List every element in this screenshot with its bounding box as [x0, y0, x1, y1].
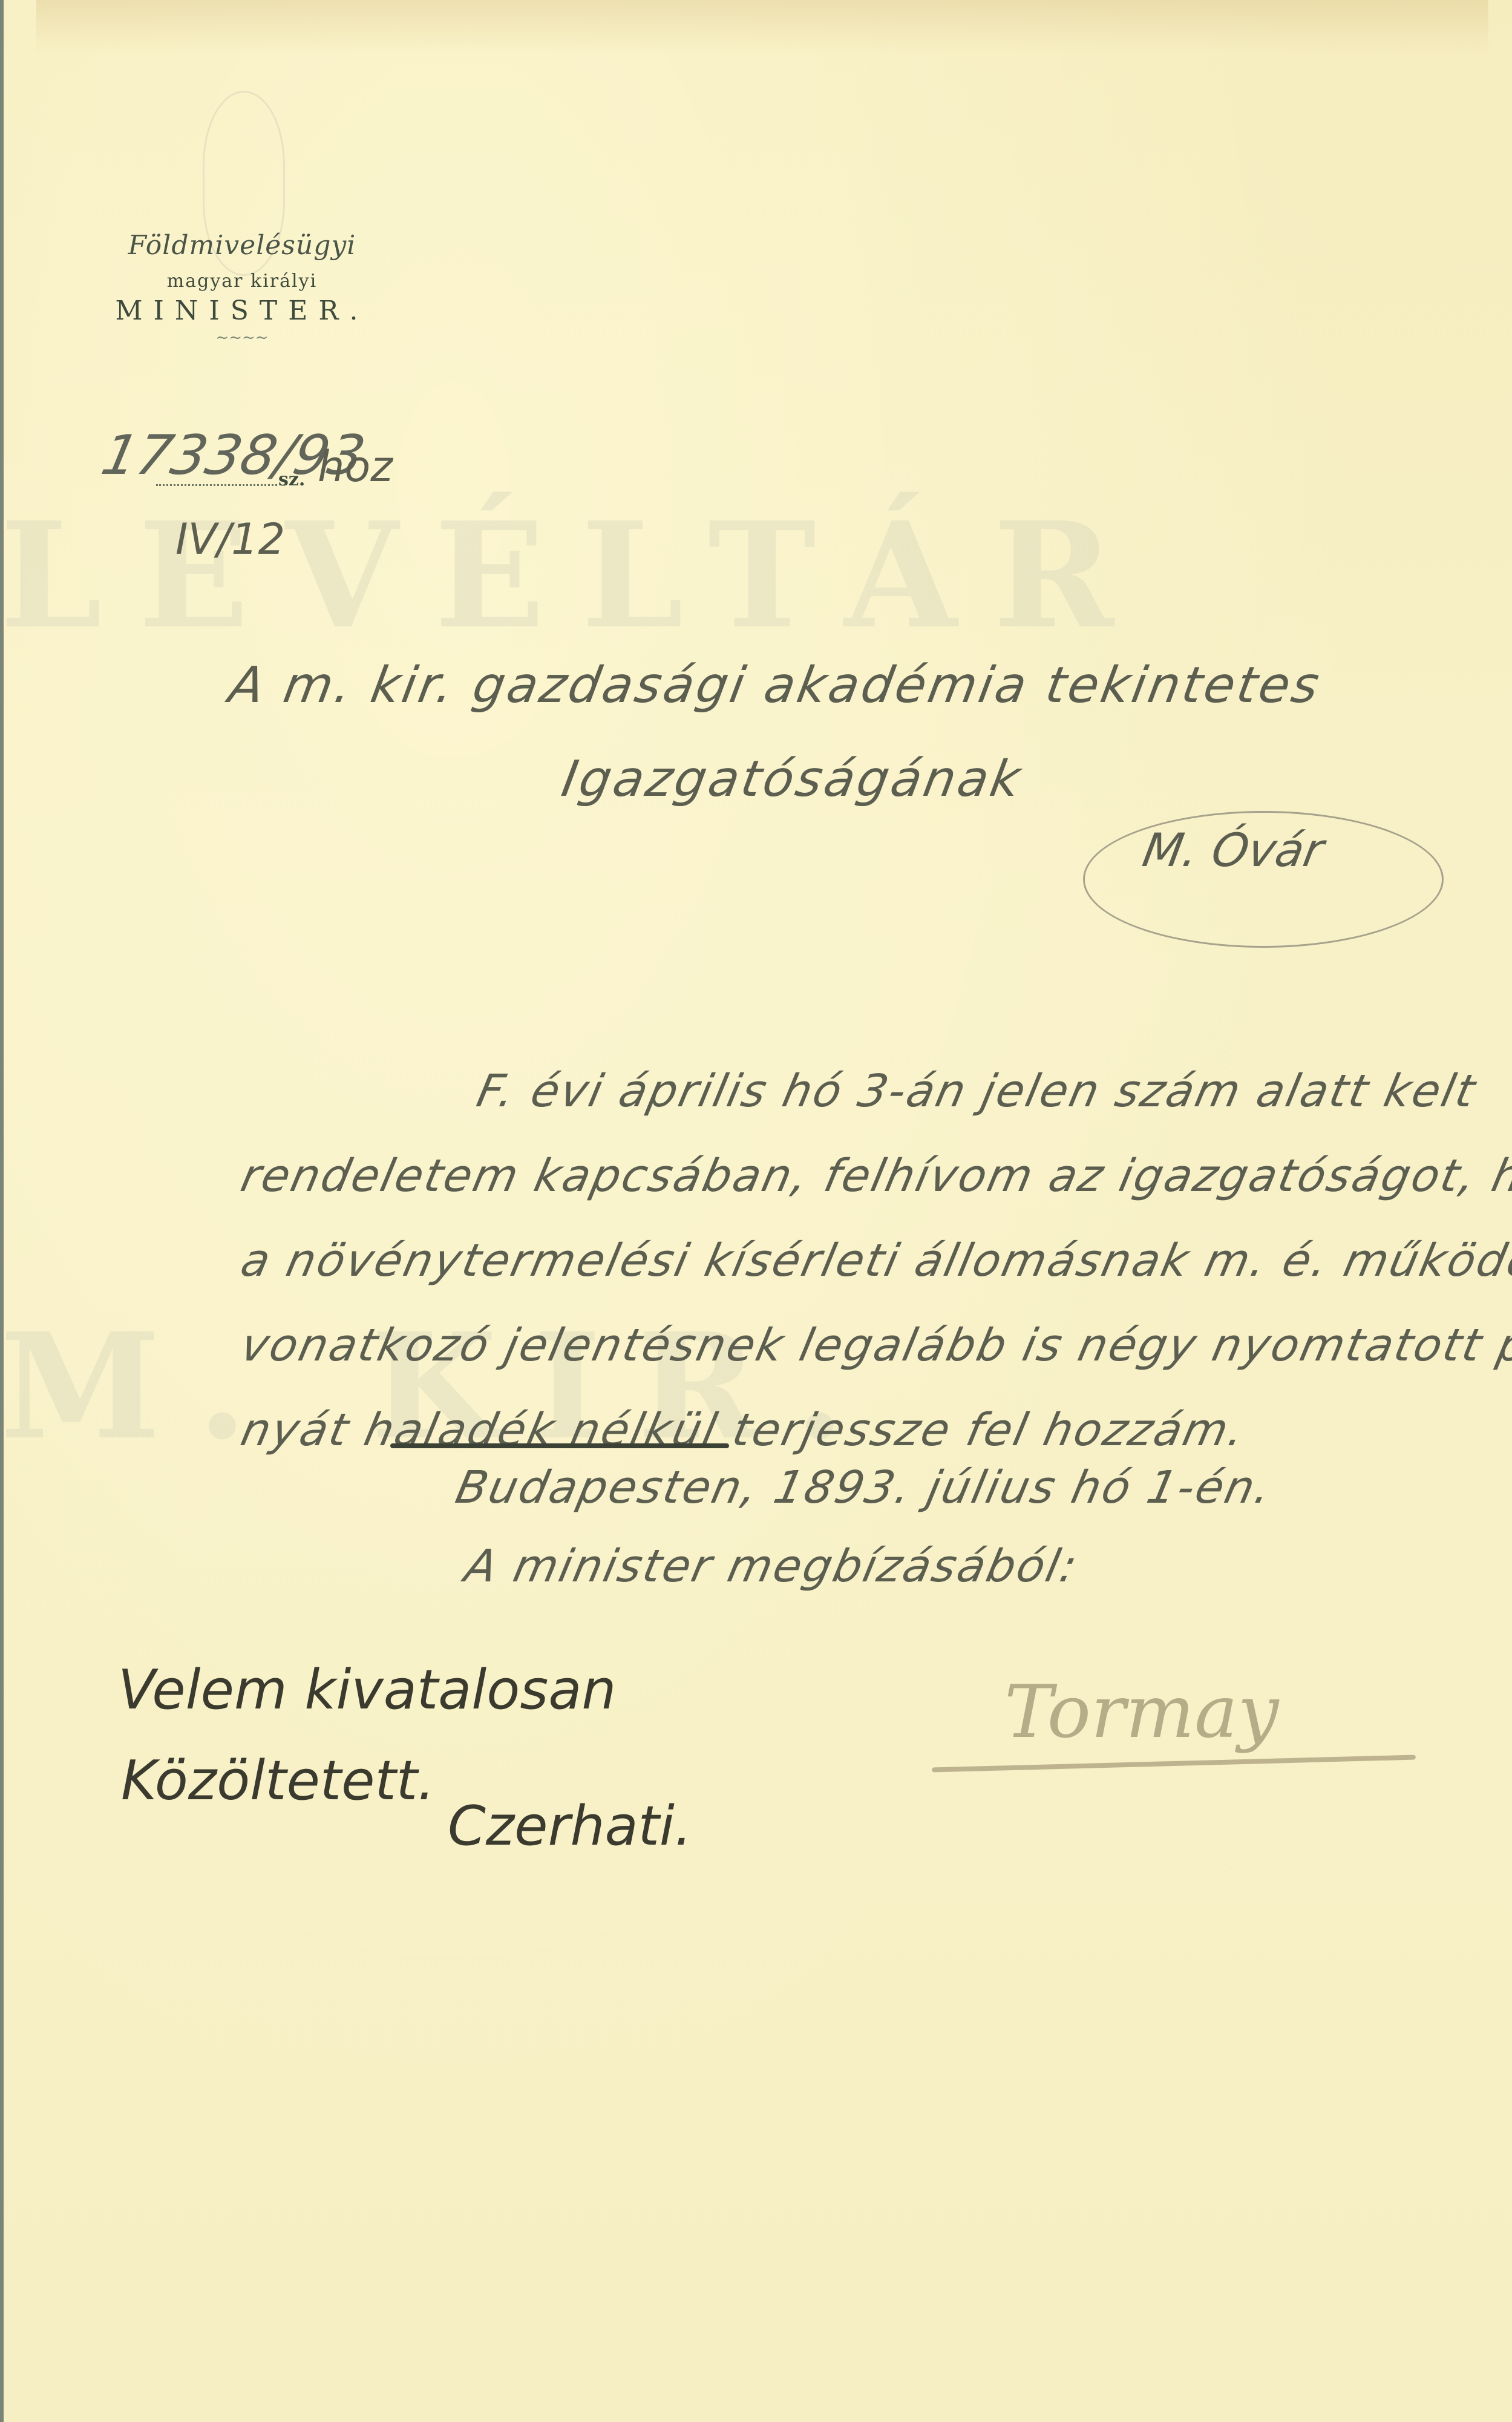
body-line: a növénytermelési kísérleti állomásnak m…: [237, 1235, 1512, 1287]
body-line: rendeletem kapcsában, felhívom az igazga…: [237, 1150, 1512, 1202]
letterhead: Földmivelésügyi magyar királyi MINISTER.…: [91, 230, 393, 347]
margin-note-signature: Czerhati.: [448, 1794, 692, 1858]
letterhead-title: MINISTER.: [91, 295, 393, 326]
address-recipient-2: Igazgatóságának: [558, 750, 1027, 808]
scan-edge: [0, 0, 4, 2422]
address-place: M. Óvár: [1139, 823, 1327, 877]
paper-stain: [36, 0, 1488, 54]
margin-note-line: Közöltetett.: [121, 1749, 435, 1813]
reference-sz-label: sz.: [278, 469, 305, 490]
reference-suffix: hoz: [318, 442, 393, 491]
letterhead-royal: magyar királyi: [91, 271, 393, 292]
margin-note-line: Velem kivatalosan: [118, 1658, 616, 1722]
address-recipient: A m. kir. gazdasági akadémia tekintetes: [225, 657, 1326, 714]
authority-line: A minister megbízásából:: [460, 1540, 1084, 1592]
date-line: Budapesten, 1893. július hó 1-én.: [451, 1462, 1277, 1514]
body-line: F. évi április hó 3-án jelen szám alatt …: [473, 1065, 1481, 1117]
reference-dotted-line: [156, 484, 277, 486]
body-line: vonatkozó jelentésnek legalább is négy n…: [237, 1319, 1512, 1371]
watermark-text: LEVÉLTÁR: [0, 490, 1150, 661]
emphasis-underline: [390, 1443, 729, 1448]
letterhead-ministry: Földmivelésügyi: [91, 230, 393, 261]
letterhead-flourish: ~~~~: [91, 329, 393, 347]
reference-subnumber: IV/12: [175, 514, 285, 564]
body-line: nyát haladék nélkül terjessze fel hozzám…: [237, 1404, 1251, 1456]
paper-background: [0, 0, 1512, 2422]
signature: Tormay: [1004, 1670, 1278, 1754]
